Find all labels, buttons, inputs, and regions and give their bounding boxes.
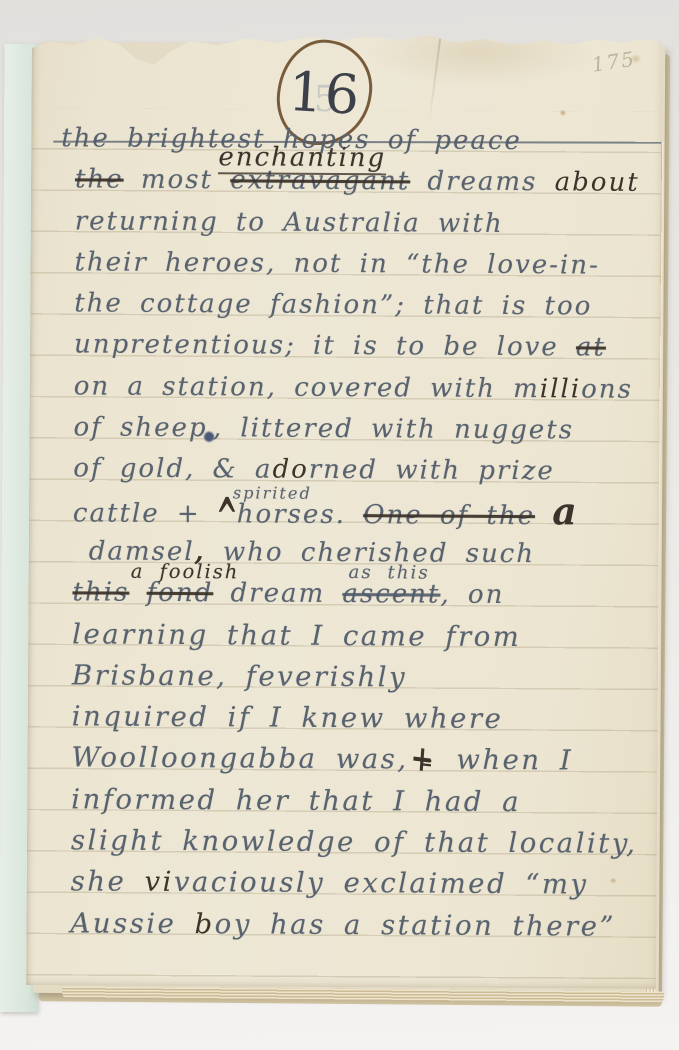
text-segment: ons (581, 374, 633, 404)
text-segment: dreams (410, 167, 555, 198)
capital-a: A (552, 489, 579, 533)
text-segment: dream (213, 578, 342, 609)
text-segment: fonda foolish (147, 578, 214, 608)
text-segment (535, 501, 552, 531)
manuscript-line: the cottage fashion”; that is too (74, 284, 648, 329)
text-segment: on a station, covered with m (74, 371, 540, 404)
text-segment: unpretentious; it is to be love (74, 330, 576, 363)
text-segment: One of the (363, 500, 535, 531)
text-segment: illi (540, 374, 581, 404)
text-segment: when I (438, 744, 573, 777)
text-segment: the (75, 165, 124, 195)
text-segment: she (71, 866, 145, 898)
text-segment: at (576, 333, 606, 363)
text-segment: slight knowledge of that locality, (71, 824, 638, 859)
text-segment: informed her that I had a (71, 783, 521, 818)
foxing-spot (559, 109, 566, 116)
text-segment: do (272, 455, 308, 485)
manuscript-line: returning to Australia with (75, 201, 649, 246)
manuscript-line: of sheep●, littered with nuggets (73, 407, 647, 452)
manuscript-line: informed her that I had a (71, 779, 645, 824)
text-segment: , on (440, 580, 504, 610)
manuscript-line: cattle + ^horses. spiritedOne of the A (73, 490, 647, 535)
text-segment: inquired if I knew where (72, 700, 504, 735)
text-segment: Brisbane, feverishly (72, 659, 407, 693)
manuscript-line: on a station, covered with millions (74, 366, 648, 411)
manuscript-line: inquired if I knew where (72, 696, 646, 741)
notebook-page: 5 16 175 the brightest hopes of peacethe… (26, 32, 662, 989)
text-segment: Woolloongabba was, (71, 742, 408, 776)
manuscript-line: Aussie boy has a station there” (70, 903, 644, 948)
text-segment: of sheep (73, 412, 207, 443)
text-segment: returning to Australia with (75, 206, 504, 239)
text-segment: vaciously exclaimed “my (174, 866, 589, 901)
manuscript-line: this fonda foolish dream ascentas this, … (72, 573, 646, 618)
double-underline-mark: = (419, 753, 432, 774)
text-segment: learning that I came from (72, 618, 521, 653)
manuscript-line: of gold, & adorned with prize (73, 449, 647, 494)
paper-stain (362, 32, 592, 87)
manuscript-line: Woolloongabba was,+= when I (71, 738, 645, 783)
page-number: 16 (286, 59, 362, 126)
inserted-word-above: as this (349, 564, 430, 583)
text-segment: ascentas this (342, 579, 440, 610)
manuscript-line: their heroes, not in “the love-in- (74, 242, 648, 287)
text-segment: oy has a station there” (215, 908, 617, 942)
manuscript-line: learning that I came from (72, 614, 646, 659)
text-segment: about (555, 168, 640, 199)
manuscript-line: she vivaciously exclaimed “my (71, 862, 645, 907)
text-segment: b (194, 908, 214, 940)
inserted-word-above: enchanting (218, 144, 386, 175)
text-segment: horses. spirited (237, 499, 364, 530)
text-segment: vi (144, 866, 174, 898)
photo-backdrop: 5 16 175 the brightest hopes of peacethe… (0, 0, 679, 1050)
manuscript-text: the brightest hopes of peacethe most ext… (70, 118, 649, 947)
text-segment: the cottage fashion”; that is too (74, 289, 592, 322)
manuscript-line: unpretentious; it is to be love at (74, 325, 648, 370)
text-segment: of gold, & a (73, 454, 272, 485)
text-segment: rned with prize (309, 455, 555, 487)
text-segment: , littered with nuggets (213, 413, 574, 445)
text-segment: extravagantenchanting (230, 166, 410, 197)
text-segment: their heroes, not in “the love-in- (74, 247, 599, 280)
inserted-word-above: spirited (233, 486, 312, 503)
text-segment: Aussie (70, 907, 194, 940)
manuscript-line: Brisbane, feverishly (72, 655, 646, 700)
text-segment: most (124, 165, 231, 196)
manuscript-line: the most extravagantenchanting dreams ab… (75, 160, 649, 205)
text-segment: this (72, 578, 129, 608)
text-segment: cattle + (73, 498, 218, 529)
manuscript-line: slight knowledge of that locality, (71, 820, 645, 865)
